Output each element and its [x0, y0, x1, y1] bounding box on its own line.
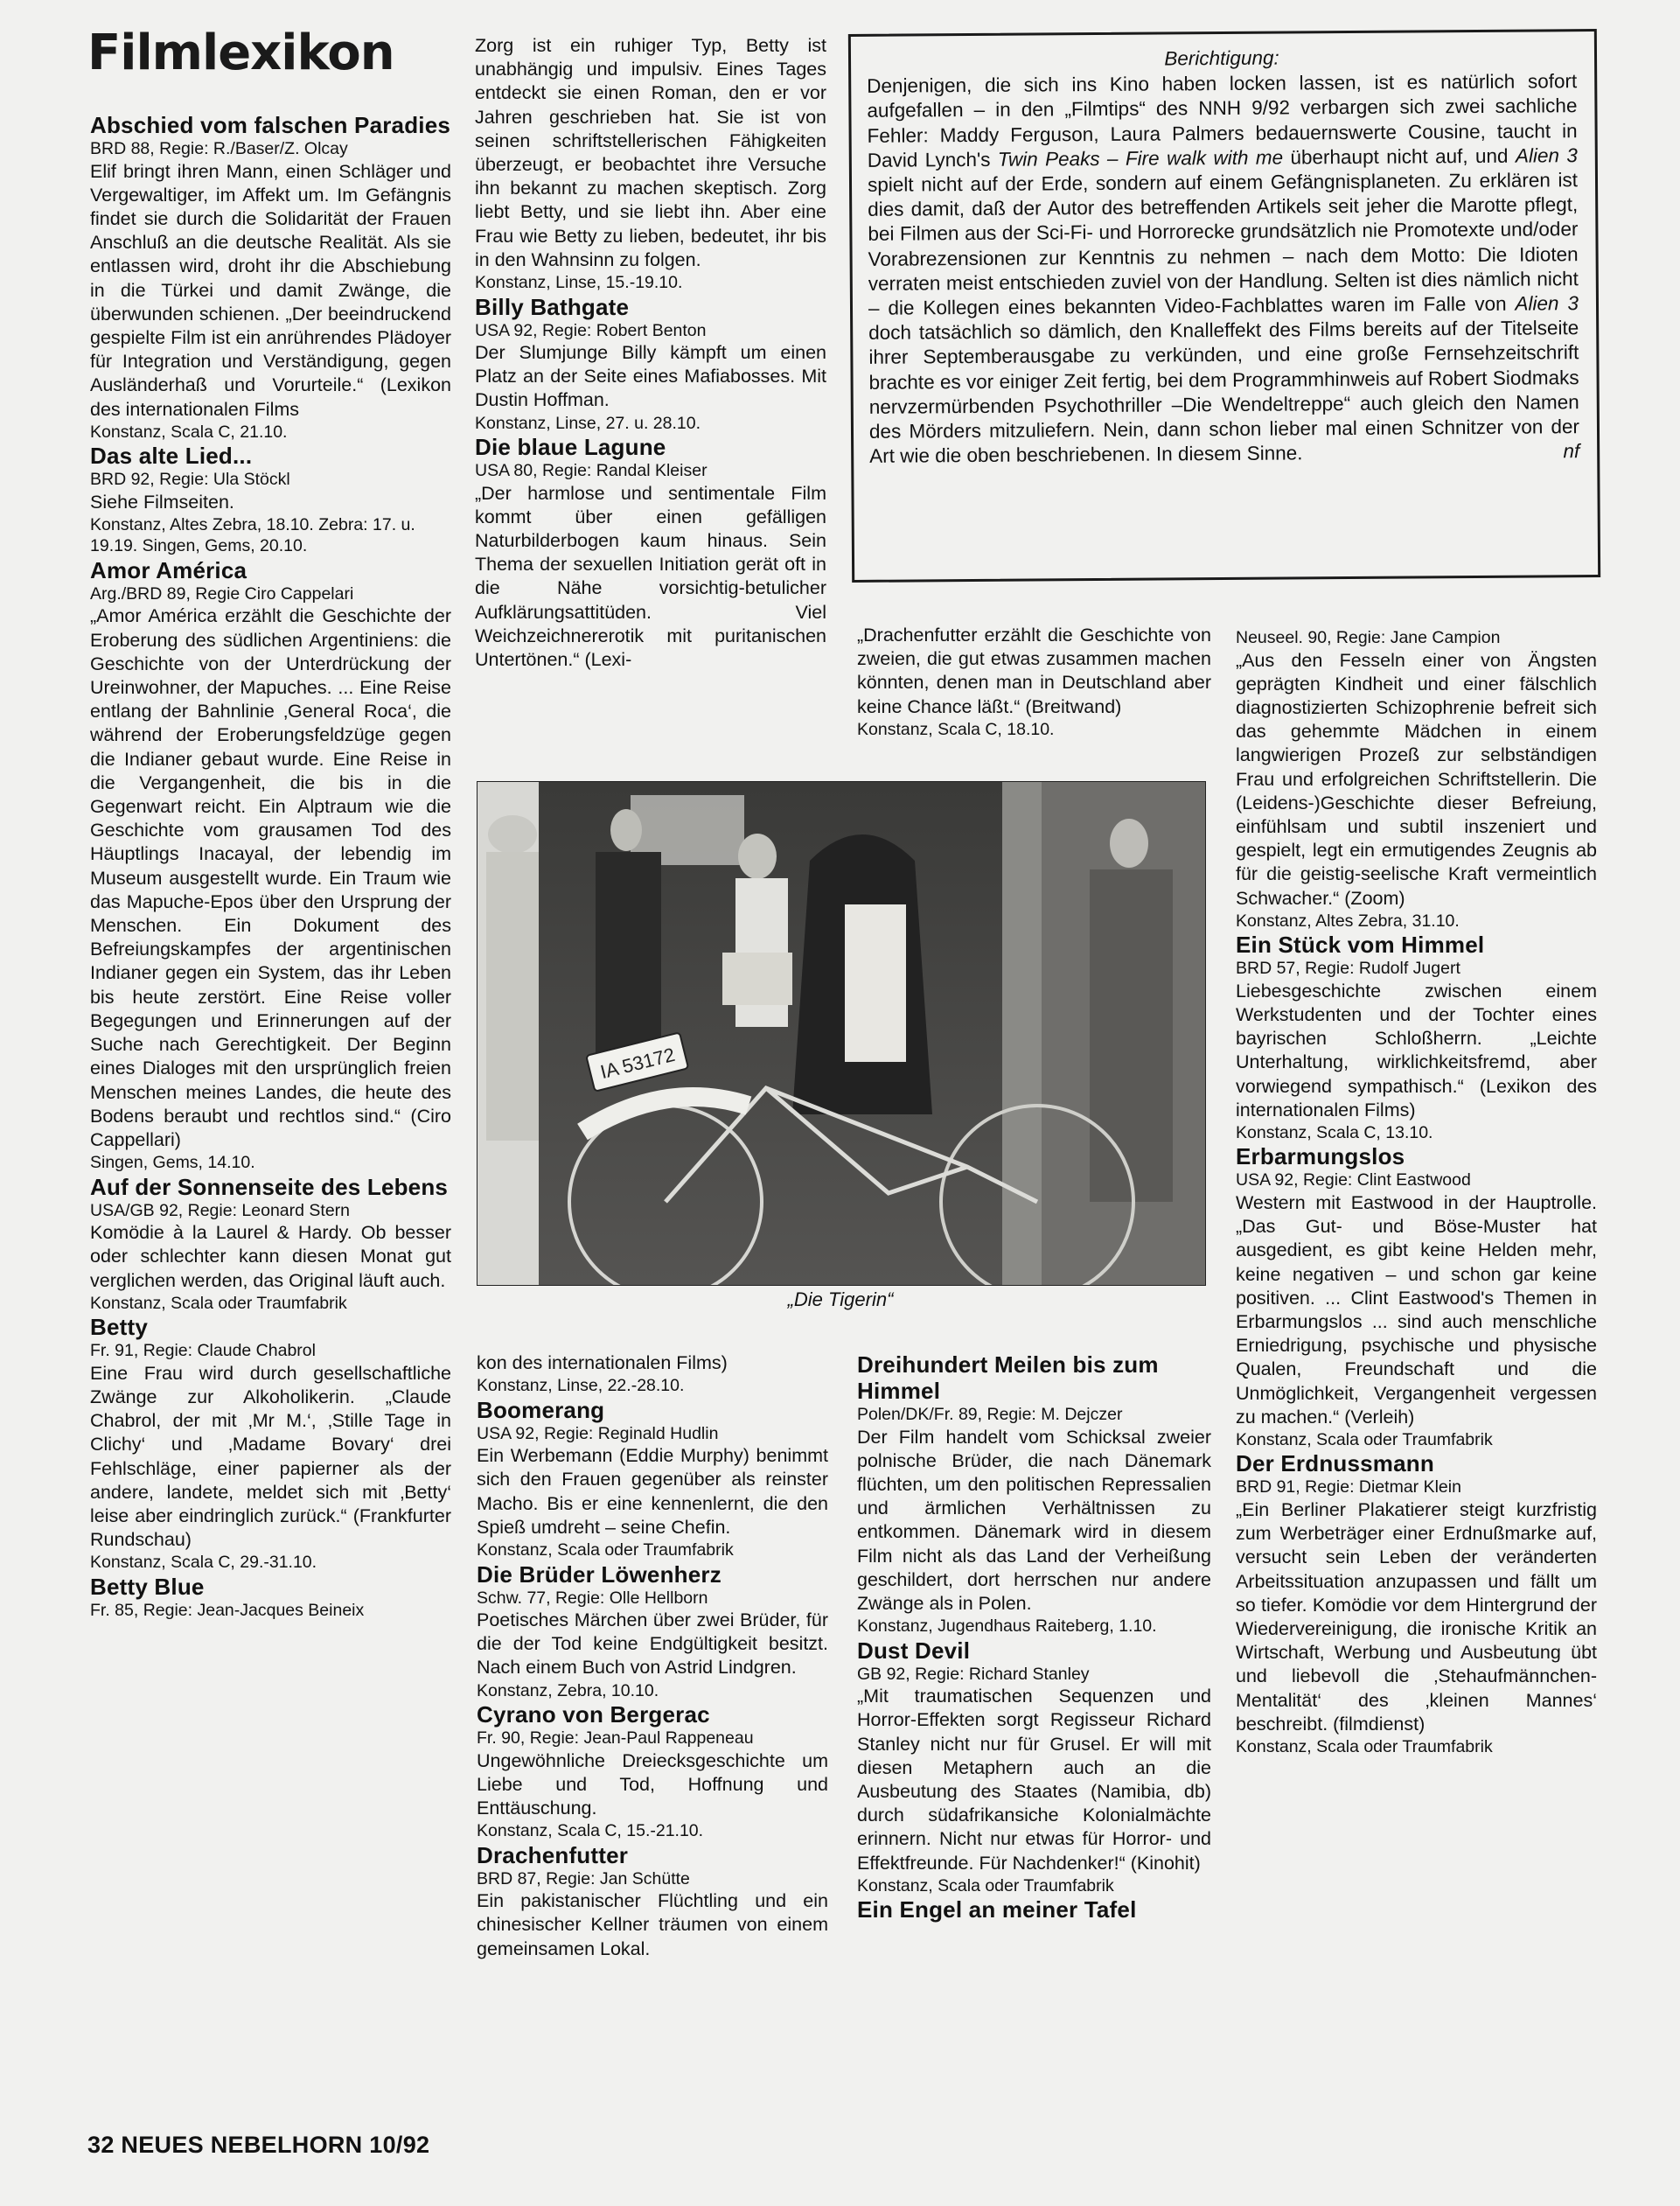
film-entry: kon des internationalen Films)Konstanz, …	[477, 1351, 828, 1397]
film-title: Das alte Lied...	[90, 443, 451, 469]
column-2-bottom: kon des internationalen Films)Konstanz, …	[477, 1351, 828, 1961]
correction-title: Berichtigung:	[867, 44, 1577, 73]
film-entry: Amor AméricaArg./BRD 89, Regie Ciro Capp…	[90, 557, 451, 1174]
film-title: Billy Bathgate	[475, 294, 826, 320]
film-description: Der Film handelt vom Schicksal zweier po…	[857, 1426, 1211, 1616]
film-title: Abschied vom falschen Paradies	[90, 112, 451, 138]
film-entry: Auf der Sonnenseite des LebensUSA/GB 92,…	[90, 1174, 451, 1315]
film-description: „Amor América erzählt die Geschichte der…	[90, 604, 451, 1152]
film-entry: BoomerangUSA 92, Regie: Reginald HudlinE…	[477, 1397, 828, 1561]
film-credits: USA/GB 92, Regie: Leonard Stern	[90, 1200, 451, 1222]
film-credits: Arg./BRD 89, Regie Ciro Cappelari	[90, 583, 451, 605]
film-title-twin-peaks: Twin Peaks – Fire walk with me	[998, 146, 1283, 170]
film-credits: Schw. 77, Regie: Olle Hellborn	[477, 1588, 828, 1609]
film-venue: Konstanz, Scala C, 21.10.	[90, 422, 451, 443]
film-entry: Abschied vom falschen ParadiesBRD 88, Re…	[90, 112, 451, 443]
film-entry: BettyFr. 91, Regie: Claude ChabrolEine F…	[90, 1314, 451, 1574]
film-credits: Neuseel. 90, Regie: Jane Campion	[1236, 627, 1597, 649]
film-title: Ein Stück vom Himmel	[1236, 932, 1597, 958]
film-description: Elif bringt ihren Mann, einen Schläger u…	[90, 160, 451, 422]
film-venue: Konstanz, Jugendhaus Raiteberg, 1.10.	[857, 1616, 1211, 1637]
film-venue: Konstanz, Scala C, 15.-21.10.	[477, 1820, 828, 1842]
film-title: Dust Devil	[857, 1637, 1211, 1664]
film-title: Amor América	[90, 557, 451, 583]
film-description: Poetisches Märchen über zwei Brüder, für…	[477, 1609, 828, 1680]
film-description: „Mit traumatischen Sequenzen und Horror-…	[857, 1685, 1211, 1875]
film-title: Die Brüder Löwenherz	[477, 1561, 828, 1588]
film-venue: Konstanz, Scala oder Traumfabrik	[477, 1539, 828, 1561]
film-entry: Ein Stück vom HimmelBRD 57, Regie: Rudol…	[1236, 932, 1597, 1143]
film-description: Liebesgeschichte zwischen einem Werkstud…	[1236, 980, 1597, 1122]
film-entry: Dust DevilGB 92, Regie: Richard Stanley„…	[857, 1637, 1211, 1897]
film-credits: Fr. 91, Regie: Claude Chabrol	[90, 1340, 451, 1362]
column-1: Abschied vom falschen ParadiesBRD 88, Re…	[90, 112, 451, 1621]
film-entry: Die Brüder LöwenherzSchw. 77, Regie: Oll…	[477, 1561, 828, 1702]
film-entry: „Drachenfutter erzählt die Geschichte vo…	[857, 624, 1211, 740]
film-description: „Ein Berliner Plakatierer steigt kurzfri…	[1236, 1498, 1597, 1736]
film-entry: Ein Engel an meiner Tafel	[857, 1896, 1211, 1923]
film-venue: Konstanz, Scala C, 29.-31.10.	[90, 1552, 451, 1574]
correction-text: doch tatsächlich so dämlich, den Knallef…	[868, 317, 1579, 467]
film-credits: BRD 87, Regie: Jan Schütte	[477, 1868, 828, 1890]
section-title: Filmlexikon	[87, 24, 394, 81]
film-title: Auf der Sonnenseite des Lebens	[90, 1174, 451, 1200]
film-entry: Der ErdnussmannBRD 91, Regie: Dietmar Kl…	[1236, 1450, 1597, 1757]
film-venue: Konstanz, Scala oder Traumfabrik	[1236, 1429, 1597, 1451]
film-venue: Konstanz, Altes Zebra, 18.10. Zebra: 17.…	[90, 514, 451, 557]
film-credits: BRD 88, Regie: R./Baser/Z. Olcay	[90, 138, 451, 160]
film-credits: Fr. 90, Regie: Jean-Paul Rappeneau	[477, 1728, 828, 1749]
column-3-bottom: Dreihundert Meilen bis zum HimmelPolen/D…	[857, 1351, 1211, 1923]
film-credits: BRD 92, Regie: Ula Stöckl	[90, 469, 451, 491]
film-entry: DrachenfutterBRD 87, Regie: Jan SchütteE…	[477, 1842, 828, 1961]
film-title: Drachenfutter	[477, 1842, 828, 1868]
film-title: Dreihundert Meilen bis zum Himmel	[857, 1351, 1211, 1404]
film-title-alien3: Alien 3	[1515, 292, 1579, 315]
film-venue: Konstanz, Scala oder Traumfabrik	[90, 1293, 451, 1315]
photo-caption: „Die Tigerin“	[477, 1288, 1204, 1311]
film-venue: Konstanz, Linse, 27. u. 28.10.	[475, 413, 826, 435]
film-credits: USA 92, Regie: Robert Benton	[475, 320, 826, 342]
film-venue: Konstanz, Zebra, 10.10.	[477, 1680, 828, 1702]
film-title: Boomerang	[477, 1397, 828, 1423]
film-credits: USA 92, Regie: Reginald Hudlin	[477, 1423, 828, 1445]
film-entry: Billy BathgateUSA 92, Regie: Robert Bent…	[475, 294, 826, 435]
film-title: Erbarmungslos	[1236, 1143, 1597, 1169]
film-entry: ErbarmungslosUSA 92, Regie: Clint Eastwo…	[1236, 1143, 1597, 1450]
film-credits: USA 92, Regie: Clint Eastwood	[1236, 1169, 1597, 1191]
film-venue: Singen, Gems, 14.10.	[90, 1152, 451, 1174]
film-description: Siehe Filmseiten.	[90, 491, 451, 514]
film-venue: Konstanz, Linse, 15.-19.10.	[475, 272, 826, 294]
film-credits: GB 92, Regie: Richard Stanley	[857, 1664, 1211, 1686]
film-entry: Neuseel. 90, Regie: Jane Campion„Aus den…	[1236, 627, 1597, 932]
film-description: Zorg ist ein ruhiger Typ, Betty ist unab…	[475, 34, 826, 272]
film-description: Western mit Eastwood in der Hauptrolle. …	[1236, 1191, 1597, 1429]
film-entry: Cyrano von BergeracFr. 90, Regie: Jean-P…	[477, 1701, 828, 1842]
film-description: „Aus den Fesseln einer von Ängsten geprä…	[1236, 649, 1597, 911]
film-venue: Konstanz, Altes Zebra, 31.10.	[1236, 911, 1597, 932]
correction-body: Denjenigen, die sich ins Kino haben lock…	[867, 69, 1579, 469]
film-title: Ein Engel an meiner Tafel	[857, 1896, 1211, 1923]
film-venue: Konstanz, Scala oder Traumfabrik	[1236, 1736, 1597, 1758]
film-title-alien3: Alien 3	[1516, 144, 1578, 166]
page-footer: 32 NEUES NEBELHORN 10/92	[87, 2132, 429, 2159]
film-entry: Dreihundert Meilen bis zum HimmelPolen/D…	[857, 1351, 1211, 1637]
film-venue: Konstanz, Scala C, 13.10.	[1236, 1122, 1597, 1144]
film-description: Ein Werbemann (Eddie Murphy) benimmt sic…	[477, 1444, 828, 1539]
correction-box: Berichtigung: Denjenigen, die sich ins K…	[848, 29, 1600, 583]
column-4: Neuseel. 90, Regie: Jane Campion„Aus den…	[1236, 627, 1597, 1758]
film-entry: Zorg ist ein ruhiger Typ, Betty ist unab…	[475, 34, 826, 294]
film-venue: Konstanz, Scala oder Traumfabrik	[857, 1875, 1211, 1897]
film-credits: BRD 57, Regie: Rudolf Jugert	[1236, 958, 1597, 980]
film-credits: Fr. 85, Regie: Jean-Jacques Beineix	[90, 1600, 451, 1622]
film-description: kon des internationalen Films)	[477, 1351, 828, 1375]
film-description: „Der harmlose und sentimentale Film komm…	[475, 482, 826, 673]
film-title: Betty	[90, 1314, 451, 1340]
film-entry: Das alte Lied...BRD 92, Regie: Ula Stöck…	[90, 443, 451, 557]
film-credits: USA 80, Regie: Randal Kleiser	[475, 460, 826, 482]
column-3-top: „Drachenfutter erzählt die Geschichte vo…	[857, 624, 1211, 740]
film-still-image: IA 53172	[478, 782, 1205, 1285]
film-description: Eine Frau wird durch gesellschaftliche Z…	[90, 1362, 451, 1553]
film-description: Komödie à la Laurel & Hardy. Ob besser o…	[90, 1221, 451, 1293]
film-description: Ungewöhnliche Dreiecksgeschichte um Lieb…	[477, 1749, 828, 1821]
film-title: Betty Blue	[90, 1574, 451, 1600]
film-description: „Drachenfutter erzählt die Geschichte vo…	[857, 624, 1211, 719]
film-description: Der Slumjunge Billy kämpft um einen Plat…	[475, 341, 826, 413]
film-title: Der Erdnussmann	[1236, 1450, 1597, 1476]
film-title: Die blaue Lagune	[475, 434, 826, 460]
correction-text: überhaupt nicht auf, und	[1283, 144, 1516, 168]
correction-text: spielt nicht auf der Erde, sondern auf e…	[868, 169, 1579, 319]
film-venue: Konstanz, Linse, 22.-28.10.	[477, 1375, 828, 1397]
film-credits: BRD 91, Regie: Dietmar Klein	[1236, 1476, 1597, 1498]
film-venue: Konstanz, Scala C, 18.10.	[857, 719, 1211, 741]
film-still-photo: IA 53172	[477, 781, 1206, 1286]
film-credits: Polen/DK/Fr. 89, Regie: M. Dejczer	[857, 1404, 1211, 1426]
film-title: Cyrano von Bergerac	[477, 1701, 828, 1728]
film-entry: Betty BlueFr. 85, Regie: Jean-Jacques Be…	[90, 1574, 451, 1622]
author-signature: nf	[1563, 439, 1579, 464]
column-2-top: Zorg ist ein ruhiger Typ, Betty ist unab…	[475, 34, 826, 672]
film-description: Ein pakistanischer Flüchtling und ein ch…	[477, 1889, 828, 1961]
film-entry: Die blaue LaguneUSA 80, Regie: Randal Kl…	[475, 434, 826, 672]
